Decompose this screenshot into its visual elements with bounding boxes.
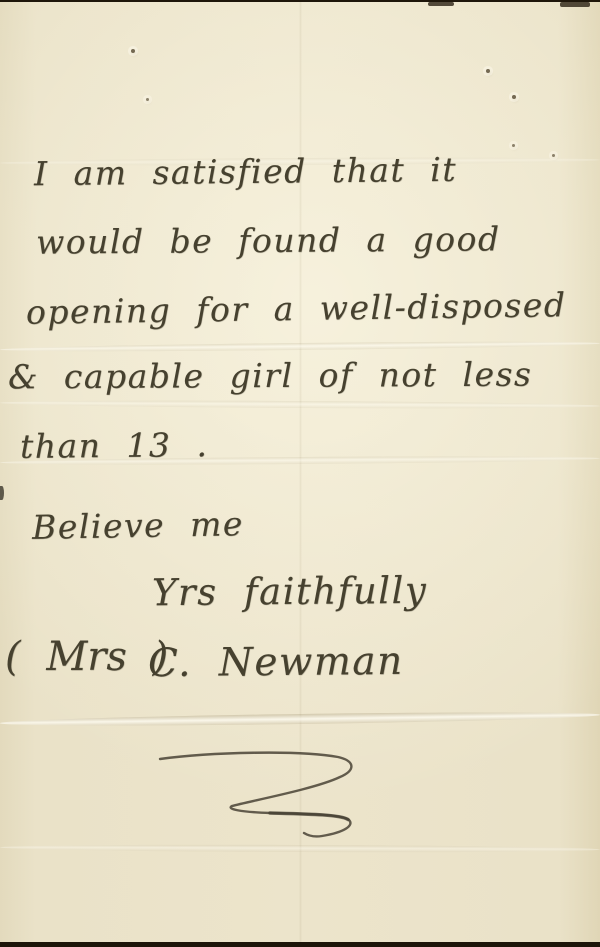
signoff: Yrs faithfully	[152, 569, 428, 614]
scan-edge-bottom	[0, 942, 600, 947]
paper-speck	[131, 49, 135, 53]
letter-line-1: I am satisfied that it	[34, 150, 457, 193]
paper-tear	[560, 2, 590, 7]
signer-title: ( Mrs )	[5, 634, 168, 680]
paper-speck	[512, 144, 515, 147]
paper-crease	[0, 844, 600, 853]
valediction: Believe me	[32, 504, 245, 547]
paper-speck	[486, 69, 490, 73]
letter-line-3: opening for a well-disposed	[26, 285, 567, 332]
ink-edge-mark	[0, 486, 4, 500]
paper-speck	[552, 154, 555, 157]
scanned-letter: I am satisfied that it would be found a …	[0, 0, 600, 947]
letter-line-2: would be found a good	[36, 219, 501, 261]
paper-speck	[146, 98, 149, 101]
signature: C. Newman	[148, 639, 404, 686]
signature-flourish-icon	[150, 744, 365, 844]
letter-line-4: & capable girl of not less	[8, 355, 533, 397]
paper-speck	[512, 95, 516, 99]
paper-tear	[428, 2, 454, 6]
letter-line-5: than 13 .	[20, 425, 209, 466]
letter-paper: I am satisfied that it would be found a …	[0, 2, 600, 942]
